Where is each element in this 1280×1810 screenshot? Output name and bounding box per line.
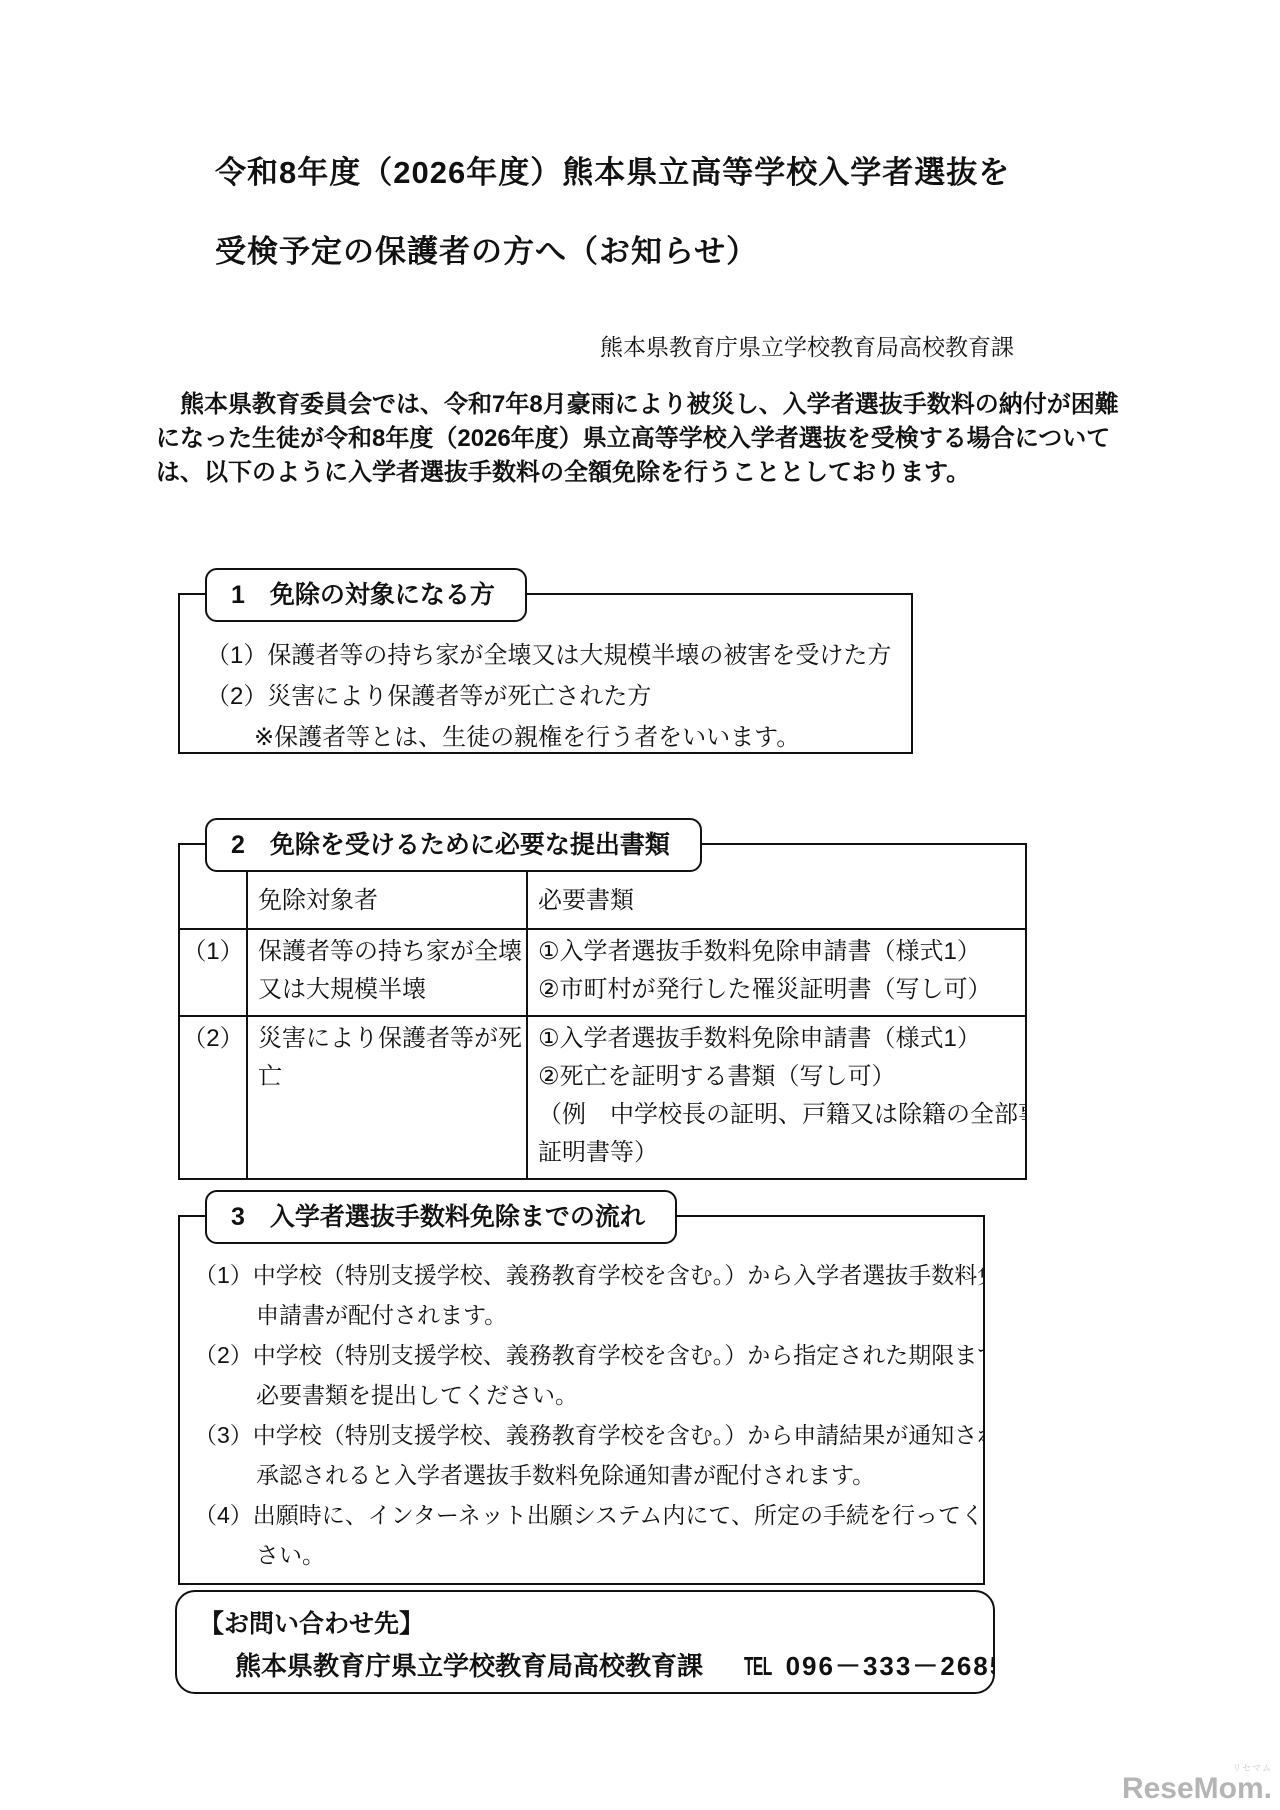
- required-documents-table: 免除対象者 必要書類 （1） 保護者等の持ち家が全壊 又は大規模半壊 ①入学者選…: [178, 843, 1027, 1180]
- intro-line: は、以下のように入学者選抜手数料の全額免除を行うこととしております。: [156, 456, 1056, 490]
- section3-step: （2）中学校（特別支援学校、義務教育学校を含む。）から指定された期限までに、: [194, 1335, 977, 1375]
- section1-item: （1）保護者等の持ち家が全壊又は大規模半壊の被害を受けた方: [206, 635, 901, 676]
- page-title: 令和8年度（2026年度）熊本県立高等学校入学者選抜を 受検予定の保護者の方へ（…: [215, 147, 1010, 271]
- section3-step: （1）中学校（特別支援学校、義務教育学校を含む。）から入学者選抜手数料免除: [194, 1255, 977, 1295]
- doc-line: ①入学者選抜手数料免除申請書（様式1）: [538, 1020, 1017, 1058]
- resemom-logo: ReseMom.: [1122, 1772, 1272, 1805]
- title-line-2: 受検予定の保護者の方へ（お知らせ）: [215, 226, 1010, 271]
- tel-number: 096－333－2685: [786, 1651, 995, 1681]
- target-line: 又は大規模半壊: [258, 971, 518, 1009]
- row-docs: ①入学者選抜手数料免除申請書（様式1） ②死亡を証明する書類（写し可） （例 中…: [527, 1016, 1026, 1179]
- section1-note: ※保護者等とは、生徒の親権を行う者をいいます。: [206, 717, 901, 754]
- row-docs: ①入学者選抜手数料免除申請書（様式1） ②市町村が発行した罹災証明書（写し可）: [527, 929, 1026, 1016]
- row-target: 保護者等の持ち家が全壊 又は大規模半壊: [247, 929, 527, 1016]
- contact-heading: 【お問い合わせ先】: [199, 1604, 993, 1640]
- doc-line: （例 中学校長の証明、戸籍又は除籍の全部事項: [538, 1096, 1017, 1134]
- section3-step: （4）出願時に、インターネット出願システム内にて、所定の手続を行ってくだ: [194, 1495, 977, 1535]
- title-line-1: 令和8年度（2026年度）熊本県立高等学校入学者選抜を: [215, 147, 1010, 192]
- section1-item: （2）災害により保護者等が死亡された方: [206, 676, 901, 717]
- table-row: （1） 保護者等の持ち家が全壊 又は大規模半壊 ①入学者選抜手数料免除申請書（様…: [179, 929, 1026, 1016]
- section3-step-continuation: 申請書が配付されます。: [194, 1295, 977, 1335]
- tel-label: TEL: [744, 1651, 772, 1682]
- section3-step-continuation: 必要書類を提出してください。: [194, 1375, 977, 1415]
- target-line: 災害により保護者等が死: [258, 1020, 518, 1058]
- doc-line: ②死亡を証明する書類（写し可）: [538, 1058, 1017, 1096]
- section3-step-continuation: さい。: [194, 1535, 977, 1575]
- section2-heading: 2 免除を受けるために必要な提出書類: [205, 818, 702, 872]
- target-line: 亡: [258, 1058, 518, 1096]
- contact-line: 熊本県教育庁県立学校教育局高校教育課 TEL 096－333－2685: [199, 1646, 993, 1683]
- target-line: 保護者等の持ち家が全壊: [258, 933, 518, 971]
- intro-line: 熊本県教育委員会では、令和7年8月豪雨により被災し、入学者選抜手数料の納付が困難: [156, 388, 1056, 422]
- contact-box: 【お問い合わせ先】 熊本県教育庁県立学校教育局高校教育課 TEL 096－333…: [175, 1590, 995, 1694]
- intro-paragraph: 熊本県教育委員会では、令和7年8月豪雨により被災し、入学者選抜手数料の納付が困難…: [156, 388, 1056, 490]
- section3-step: （3）中学校（特別支援学校、義務教育学校を含む。）から申請結果が通知され、: [194, 1415, 977, 1455]
- section1-heading: 1 免除の対象になる方: [205, 568, 527, 622]
- section3-step-continuation: 承認されると入学者選抜手数料免除通知書が配付されます。: [194, 1455, 977, 1495]
- section3-heading: 3 入学者選抜手数料免除までの流れ: [205, 1190, 677, 1244]
- doc-line: ②市町村が発行した罹災証明書（写し可）: [538, 971, 1017, 1009]
- resemom-watermark: リセマム ReseMom.: [1122, 1764, 1272, 1804]
- section3-box: （1）中学校（特別支援学校、義務教育学校を含む。）から入学者選抜手数料免除 申請…: [178, 1215, 985, 1585]
- intro-line: になった生徒が令和8年度（2026年度）県立高等学校入学者選抜を受検する場合につ…: [156, 422, 1056, 456]
- table-row: （2） 災害により保護者等が死 亡 ①入学者選抜手数料免除申請書（様式1） ②死…: [179, 1016, 1026, 1179]
- row-target: 災害により保護者等が死 亡: [247, 1016, 527, 1179]
- contact-department: 熊本県教育庁県立学校教育局高校教育課: [235, 1651, 703, 1681]
- row-no: （2）: [179, 1016, 247, 1179]
- doc-line: 証明書等）: [538, 1134, 1017, 1172]
- row-no: （1）: [179, 929, 247, 1016]
- doc-line: ①入学者選抜手数料免除申請書（様式1）: [538, 933, 1017, 971]
- issuing-department: 熊本県教育庁県立学校教育局高校教育課: [600, 329, 1014, 362]
- notice-document-page: 令和8年度（2026年度）熊本県立高等学校入学者選抜を 受検予定の保護者の方へ（…: [0, 0, 1280, 1810]
